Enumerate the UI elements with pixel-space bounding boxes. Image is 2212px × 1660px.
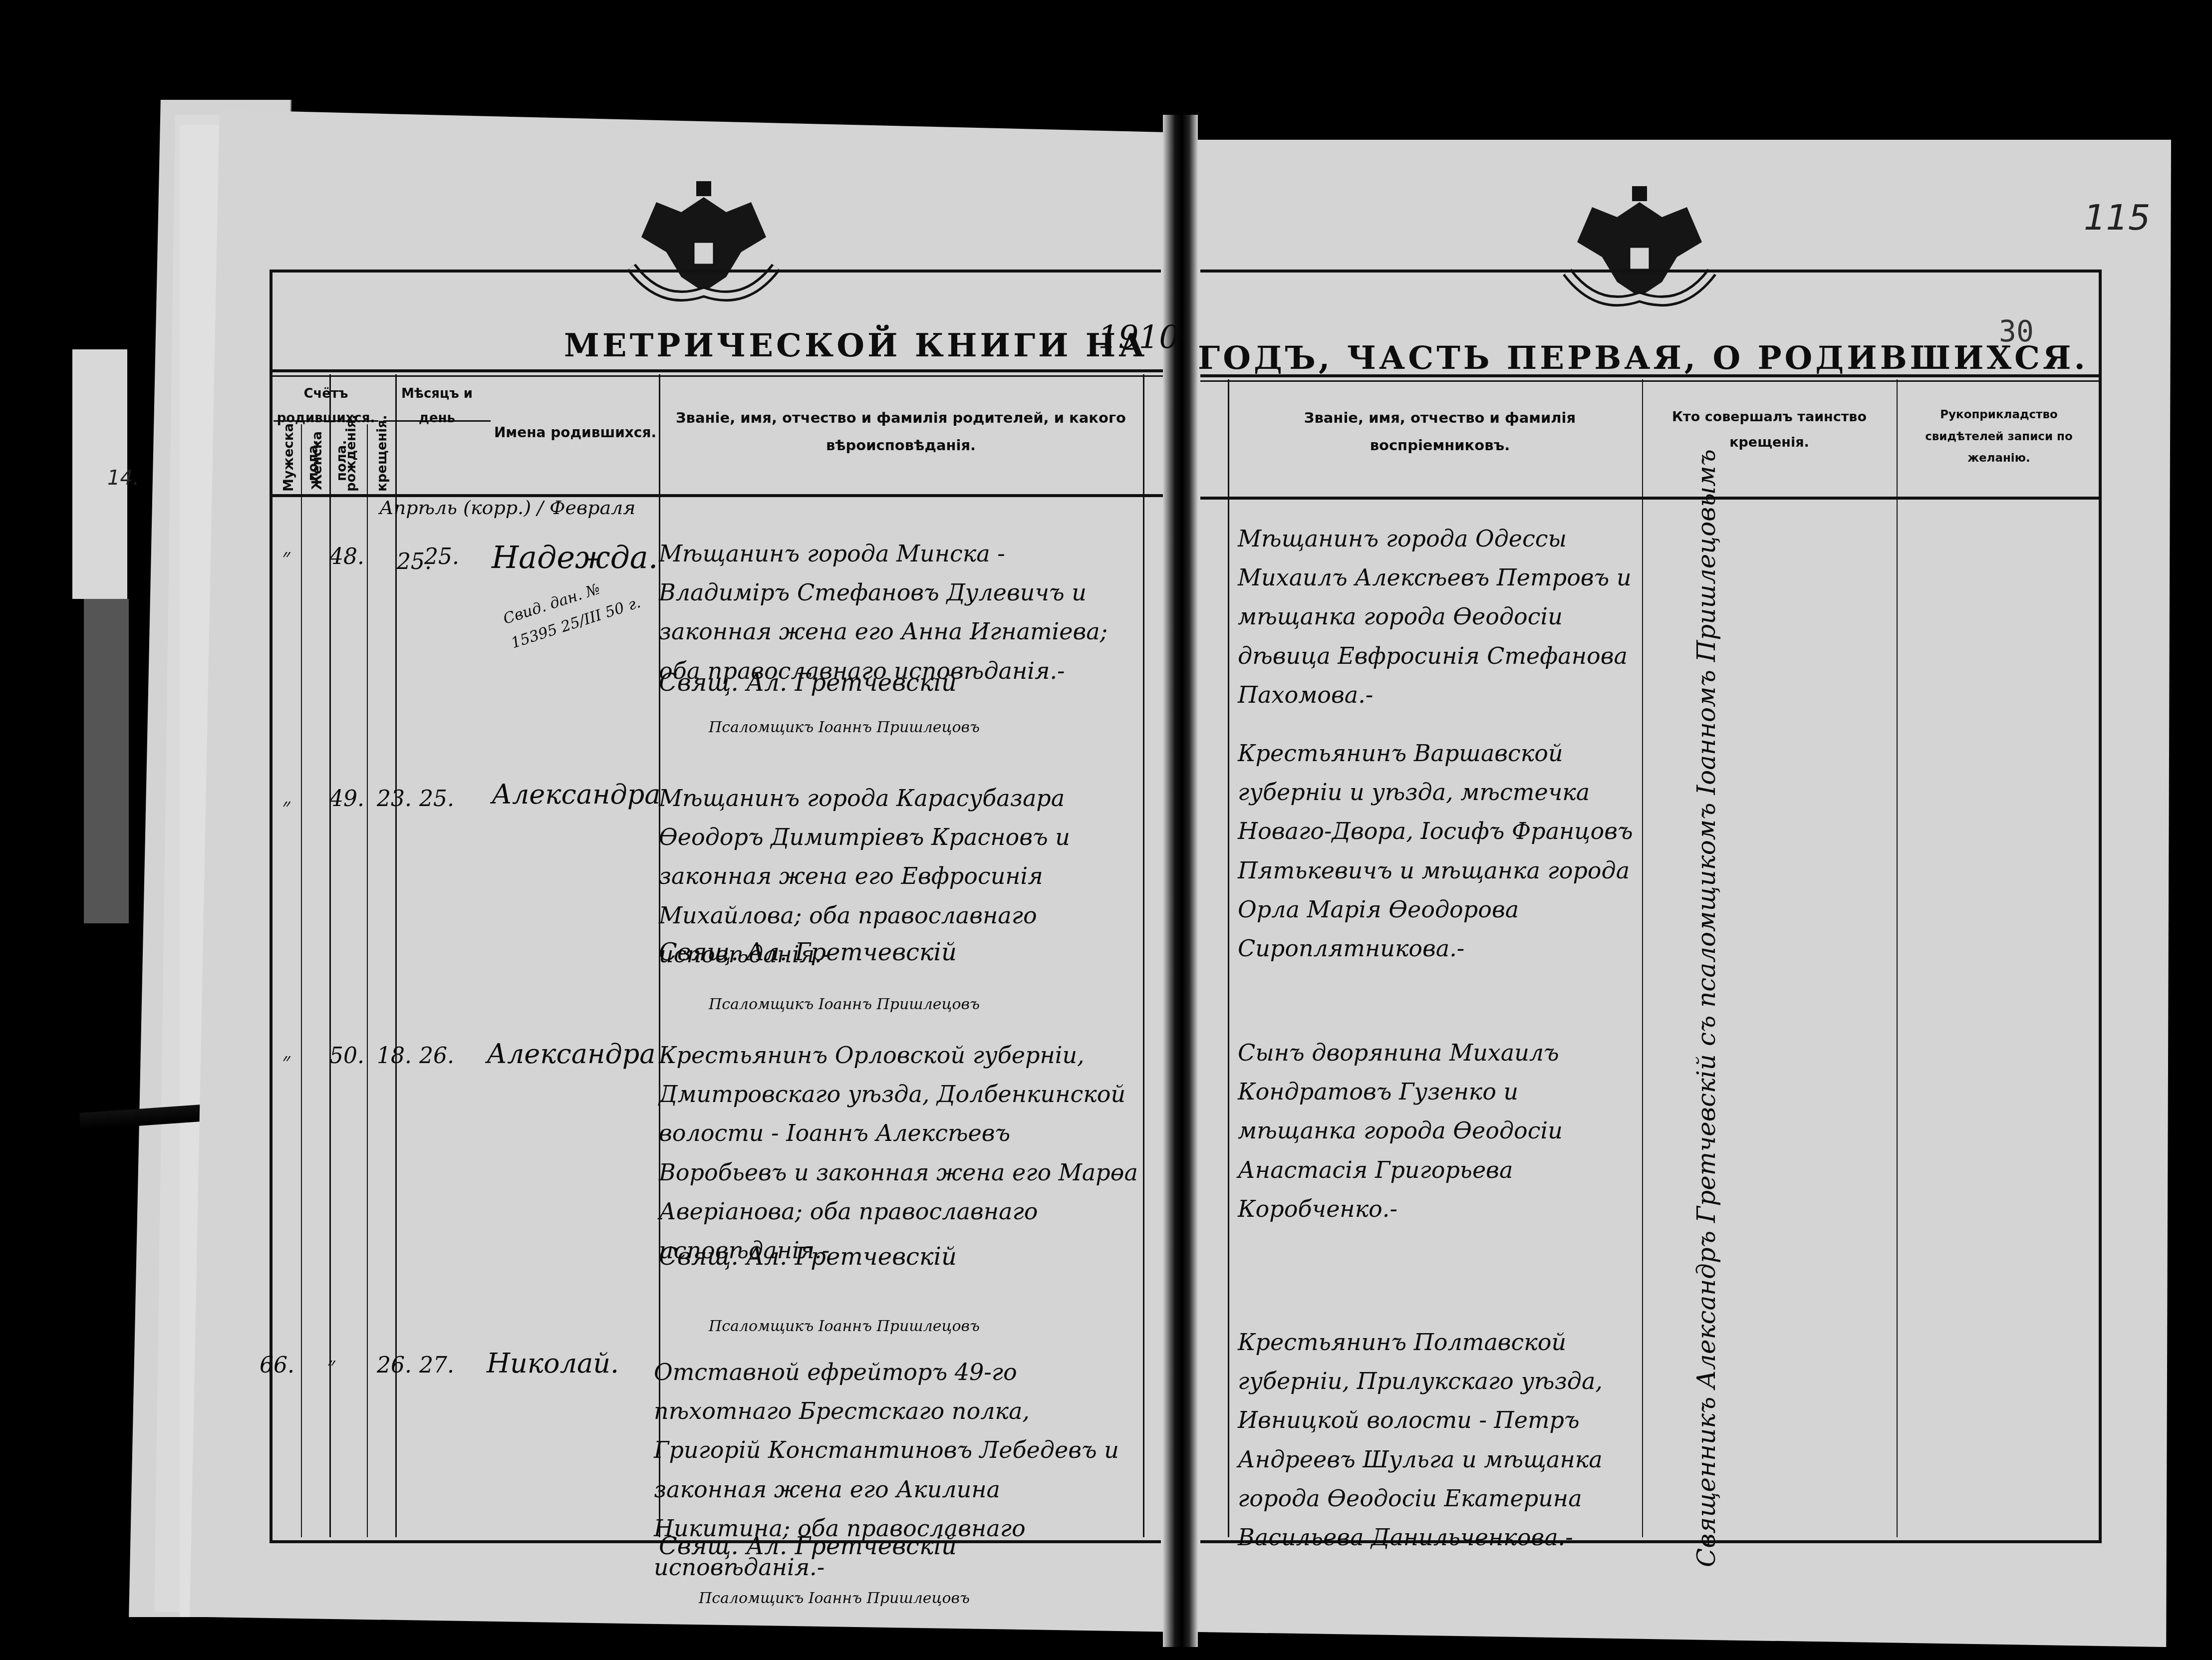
entry-birth-month-note: Апрѣль (корр.) / Февраля: [379, 497, 635, 519]
folio-number: 115: [2084, 197, 2151, 238]
entry-priest-signature: Свящ. Ал. Гретчевскій: [659, 669, 957, 697]
entry-birth-day: 23.: [377, 786, 412, 812]
entry-baptism-day: 25.: [419, 786, 454, 812]
header-date-group: Мѣсяцъ и день: [383, 382, 491, 431]
entry-psalmist-signature: Псаломщикъ Іоаннъ Пришлецовъ: [709, 1318, 980, 1335]
page-shadow: [84, 599, 129, 923]
entry-child-name: Александра: [492, 779, 660, 810]
entry-psalmist-signature: Псаломщикъ Іоаннъ Пришлецовъ: [709, 996, 980, 1013]
entry-female-count: ״: [327, 1353, 335, 1378]
column-divider: [1642, 379, 1643, 1537]
page-title-left: МЕТРИЧЕСКОЙ КНИГИ НА: [564, 327, 1147, 364]
entry-priest-signature: Свящ. Ал. Гретчевскій: [659, 1243, 957, 1271]
entry-baptism-day: 25.: [424, 544, 459, 569]
column-divider: [367, 424, 368, 1537]
entry-godparents: Мѣщанинъ города Одессы Михаилъ Алексѣевъ…: [1238, 519, 1637, 714]
entry-godparents: Крестьянинъ Полтавской губерніи, Прилукс…: [1238, 1323, 1637, 1557]
entry-male-count: ״: [282, 1048, 290, 1074]
entry-baptism-day: 27.: [419, 1353, 454, 1378]
header-parents: Званіе, имя, отчество и фамилія родителе…: [664, 404, 1138, 459]
left-margin-pencil-note: 14.: [107, 467, 139, 490]
page-title-right: ГОДЪ, ЧАСТЬ ПЕРВАЯ, О РОДИВШИХСЯ.: [1198, 339, 2088, 377]
entry-priest-signature: Свящ. Ал. Гретчевскій: [659, 1532, 957, 1560]
entry-godparents: Сынъ дворянина Михаилъ Кондратовъ Гузенк…: [1238, 1033, 1637, 1228]
handwritten-year: 1910: [1098, 319, 1179, 356]
column-divider: [1897, 379, 1898, 1537]
header-witnesses: Рукоприкладство свидѣтелей записи по жел…: [1902, 404, 2096, 470]
column-divider: [301, 424, 302, 1537]
entry-male-count: 66.: [260, 1353, 294, 1378]
entry-psalmist-signature: Псаломщикъ Іоаннъ Пришлецовъ: [699, 1590, 970, 1607]
entry-psalmist-signature: Псаломщикъ Іоаннъ Пришлецовъ: [709, 719, 980, 736]
header-officiant: Кто совершалъ таинство крещенія.: [1650, 404, 1889, 456]
header-baptism-date: крещенія.: [370, 429, 395, 492]
entry-female-count: 49.: [329, 786, 364, 812]
entry-female-count: 50.: [329, 1043, 364, 1069]
entry-female-count: 48.: [329, 544, 364, 569]
officiant-vertical-text: Священникъ Александръ Гретчевскій съ пса…: [1692, 494, 1722, 1567]
entry-baptism-day: 26.: [419, 1043, 454, 1069]
entry-parents: Крестьянинъ Орловской губерніи, Дмитровс…: [659, 1036, 1138, 1270]
entry-child-name: Николай.: [487, 1348, 619, 1379]
column-divider: [1143, 374, 1144, 1537]
column-divider: [1228, 379, 1229, 1537]
entry-male-count: ״: [282, 794, 290, 819]
entry-parents: Мѣщанинъ города Минска - Владиміръ Стефа…: [659, 534, 1138, 690]
entry-male-count: ״: [282, 544, 290, 569]
entry-godparents: Крестьянинъ Варшавской губерніи и уѣзда,…: [1238, 734, 1637, 968]
header-bottom-rule: [1200, 497, 2099, 500]
entry-birth-day: 26.: [377, 1353, 412, 1378]
header-rule: [270, 369, 1163, 377]
entry-child-name: Александра: [487, 1038, 655, 1070]
header-names: Имена родившихся.: [492, 419, 659, 446]
header-birth-date: рожденія.: [339, 429, 364, 492]
sheet-number-stamp: 30: [1999, 314, 2034, 348]
entry-priest-signature: Свящ. Ал. Гретчевскій: [659, 938, 957, 966]
header-godparents: Званіе, имя, отчество и фамилія воспріем…: [1298, 404, 1582, 459]
header-rule: [1200, 374, 2099, 382]
entry-birth-day: 18.: [377, 1043, 412, 1069]
